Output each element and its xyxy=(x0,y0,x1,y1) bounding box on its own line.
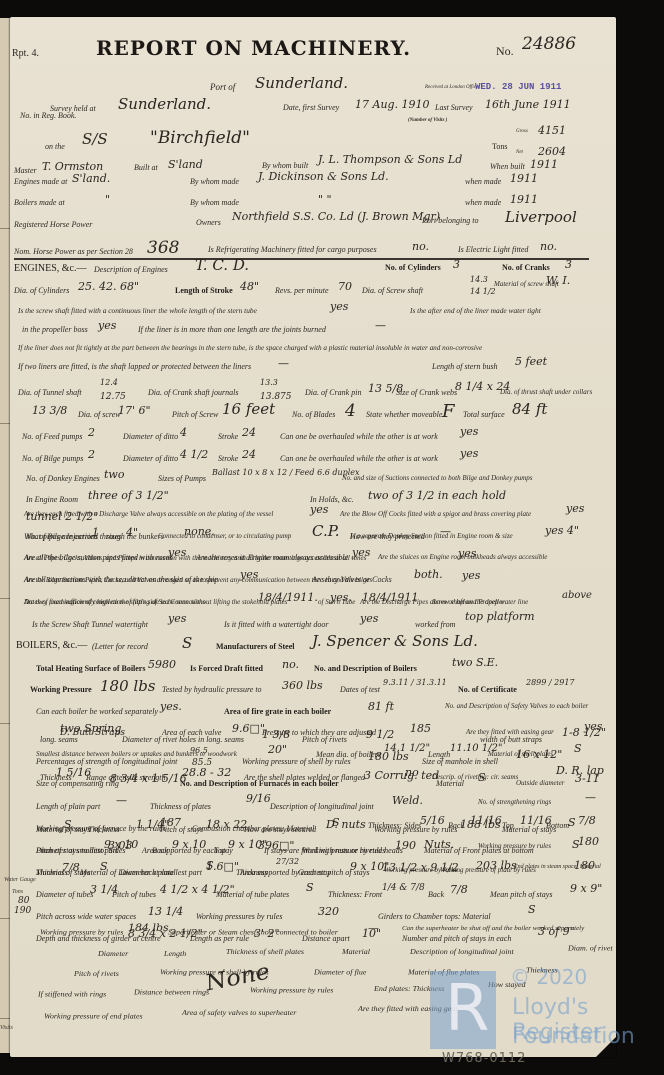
bilge-arranged-value: yes xyxy=(462,569,480,582)
owners-label: Owners xyxy=(196,218,221,227)
mean-pitch-value: 9 x 9" xyxy=(570,882,602,895)
dia-smallest-2-value: 3.03 xyxy=(108,839,133,852)
engines-made-at-label: Engines made at xyxy=(14,177,67,186)
engines-section-label: ENGINES, &c.— xyxy=(14,263,87,274)
feed-pumps-label: No. of Feed pumps xyxy=(22,432,82,441)
boilers-section-label: BOILERS, &c.— xyxy=(16,640,87,651)
strength-rings-label: No. of strengthening rings xyxy=(478,798,551,806)
condenser-label: Connected to condenser, or to circulatin… xyxy=(158,532,291,540)
when-built-value: 1911 xyxy=(530,158,558,171)
number-label: No. xyxy=(496,44,514,59)
cyl-dia-value: 25. 42. 68" xyxy=(78,280,139,293)
pump-sizes-value: Ballast 10 x 8 x 12 / Feed 6.6 duplex xyxy=(212,468,360,477)
port-belonging-label: Port belonging to xyxy=(422,216,478,225)
heating-value: 5980 xyxy=(148,658,176,671)
sh-safety-label: Area of safety valves to superheater xyxy=(182,1008,296,1016)
condenser-value: C.P. xyxy=(312,522,340,540)
crank-web-label: Size of Crank webs xyxy=(396,388,457,397)
superheater-wp-label: Working pressure by rules xyxy=(40,928,123,936)
two-liners-label: If two liners are fitted, is the shaft l… xyxy=(18,362,251,371)
letter-value: S xyxy=(182,634,192,652)
plate-thick-value: 9/16 xyxy=(246,792,271,805)
stays-material-row-value: S xyxy=(568,816,576,829)
accessible-value: yes xyxy=(458,547,476,560)
electric-label: Is Electric Light fitted xyxy=(458,245,528,254)
holds-value: two of 3 1/2 in each hold xyxy=(368,489,506,502)
protected-label: How are they protected xyxy=(350,532,425,541)
prop-boss-value: yes xyxy=(98,319,116,332)
margin-visits-label: Visits xyxy=(0,1025,13,1031)
bilge-dia-label: Diameter of ditto xyxy=(123,454,178,463)
certificate-value: 2899 / 2917 xyxy=(526,678,575,687)
area-2-value: 396□" xyxy=(258,839,294,852)
donkey-engines-label: No. of Donkey Engines xyxy=(26,474,100,483)
stern-bush-label: Length of stern bush xyxy=(432,362,498,371)
joints-value: — xyxy=(375,319,386,332)
two-liners-value: — xyxy=(278,357,289,370)
port-value: Sunderland. xyxy=(255,74,348,92)
cyl-dia-label: Dia. of Cylinders xyxy=(14,286,69,295)
boilers-by-label: By whom made xyxy=(190,198,239,207)
nominal-hp-label: Nom. Horse Power as per Section 28 xyxy=(14,247,133,256)
secured-row-value: D. nuts xyxy=(326,818,366,831)
distance-value: 20" xyxy=(268,743,287,756)
end-material-row-value: S xyxy=(64,818,72,831)
comp-ring-label: Size of compensating ring xyxy=(36,779,119,788)
girders-label: Girders to Chamber tops: Material xyxy=(378,912,491,921)
wp-3-label: Working pressure by rules xyxy=(302,846,385,855)
cylinders-label: No. of Cylinders xyxy=(385,263,441,272)
engine-desc-value: T. C. D. xyxy=(195,256,249,274)
screw-material-value: W. I. xyxy=(546,274,570,287)
engine-desc-label: Description of Engines xyxy=(94,265,168,274)
screw-dia-value: 17' 6" xyxy=(118,404,151,417)
outside-dia-value: 3-11 xyxy=(575,772,600,785)
boilers-made-at-value: " xyxy=(105,193,110,206)
revs-label: Revs. per minute xyxy=(275,286,329,295)
strength-rings-value: — xyxy=(585,791,596,804)
port-label: Port of xyxy=(210,82,235,92)
secured-row-label: How are stays secured xyxy=(244,825,316,834)
cylinders-value: 3 xyxy=(453,258,460,271)
lower-back-value: S xyxy=(206,859,214,872)
front-bottom-label: Material of Front plates at bottom xyxy=(424,846,534,855)
screw-shaft-label: Dia. of Screw shaft xyxy=(362,286,423,295)
feed-pumps-value: 2 xyxy=(88,426,95,439)
furnaces-value: 3 Corrug. ted xyxy=(364,769,439,782)
long-joint-value: Weld. xyxy=(392,794,423,807)
vessel-name: "Birchfield" xyxy=(150,128,250,148)
first-survey-value: 17 Aug. 1910 xyxy=(355,98,430,111)
gross-label: Gross xyxy=(516,129,528,134)
shut-off-label: Can the superheater be shut off and the … xyxy=(402,925,584,932)
test-date-label: Dates of test xyxy=(340,685,380,694)
form-id: Rpt. 4. xyxy=(12,48,39,59)
bunkers-label: What pipes are carried through the bunke… xyxy=(24,532,164,541)
tunnel-watertight-label: Is the Screw Shaft Tunnel watertight xyxy=(32,620,148,629)
thrust-value: 13 3/8 xyxy=(32,404,67,417)
feed-overhaul-value: yes xyxy=(460,425,478,438)
sh-wp2-label: Working pressure by rules xyxy=(250,986,333,994)
received-label: Received at London Office xyxy=(425,85,478,90)
area-2-label: Area supported by each stay xyxy=(142,846,233,855)
built-at-value: S'land xyxy=(168,158,203,171)
lr-org-line2: Foundation xyxy=(512,1024,635,1049)
end-wp-row-value: 188 lbs xyxy=(460,818,501,831)
long-seams-value: D. Butt Straps xyxy=(60,728,125,738)
boilers-made-at-label: Boilers made at xyxy=(14,198,65,207)
copyright-text: © 2020 xyxy=(510,965,587,989)
tube-thick-back-value: 7/8 xyxy=(450,883,468,896)
superheater-wp-value: 184 lbs xyxy=(128,922,169,934)
percent-rivets: 96.5 xyxy=(190,746,208,755)
liner-label: Is the screw shaft fitted with a continu… xyxy=(18,306,257,315)
report-number: 24886 xyxy=(522,34,576,54)
end-pitch-row-value: 18 x 22 xyxy=(206,818,247,831)
engine-room-label: In Engine Room xyxy=(26,495,78,504)
donkey-suction-value: yes 4" xyxy=(545,524,579,537)
worked-from-value: top platform xyxy=(465,610,535,623)
wps-value: 320 xyxy=(318,905,339,918)
shell-wp-label: Working pressure of shell by rules xyxy=(242,757,351,766)
accessible-label: Are all Pipes, Cocks, Valves, and Pumps … xyxy=(24,554,366,562)
tube-plate-value: S xyxy=(306,881,314,894)
lower-thick-label: Thickness xyxy=(236,868,268,877)
tube-dia-label: Diameter of tubes xyxy=(36,890,93,899)
engines-made-at-value: S'land. xyxy=(72,172,110,185)
plate-wp-label: Working pressure of plate by rules xyxy=(440,866,536,874)
bilge-pumps-value: 2 xyxy=(88,448,95,461)
suctions-label: No. and size of Suctions connected to bo… xyxy=(342,474,533,482)
front-bottom-value: S xyxy=(572,838,580,851)
girders-value: S xyxy=(528,903,536,916)
separately-value: yes. xyxy=(160,700,182,713)
screw-shaft-rule: 14.3 xyxy=(470,275,488,284)
feed-dia-label: Diameter of ditto xyxy=(123,432,178,441)
tube-thick-back-label: Back xyxy=(428,890,444,899)
steel-value: J. Spencer & Sons Ld. xyxy=(312,632,478,650)
vessel-type: S/S xyxy=(82,130,108,148)
water-value-1: 80 xyxy=(18,896,29,906)
document-title: REPORT ON MACHINERY. xyxy=(96,36,411,60)
catalog-number: W768-0112 xyxy=(442,1051,526,1066)
last-survey-label: Last Survey xyxy=(435,103,473,112)
feed-dia-value: 4 xyxy=(180,426,187,439)
hydraulic-value: 360 lbs xyxy=(282,679,323,692)
hydraulic-label: Tested by hydraulic pressure to xyxy=(162,685,262,694)
built-at-label: Built at xyxy=(134,163,158,172)
engine-room-value: three of 3 1/2" xyxy=(88,489,169,502)
tube-plate-label: Material of tube plates xyxy=(216,890,289,899)
water-gauge-label: Water Gauge xyxy=(4,877,36,883)
stays-material-row-label: Material of stays xyxy=(502,825,556,834)
lower-thick-value: 27/32 xyxy=(276,857,299,866)
reg-hp-label: Registered Horse Power xyxy=(14,220,92,229)
furnaces-label: No. and Description of Furnaces in each … xyxy=(180,779,339,788)
sh-rings-label: If stiffened with rings xyxy=(38,990,106,998)
lr-logo-letter: R xyxy=(445,972,489,1046)
wp-3-value: 190 xyxy=(395,839,416,852)
bilge-stroke-value: 24 xyxy=(242,448,256,461)
tunnel-shaft-rule: 12.4 xyxy=(100,378,118,387)
lower-back-label: Material of Lower back plate xyxy=(80,868,174,877)
steel-label: Manufacturers of Steel xyxy=(216,642,295,651)
sh-shell-label: Thickness of shell plates xyxy=(226,948,304,956)
discharge-valve-value: yes xyxy=(310,503,328,516)
stern-tube-date: 18/4/1911 xyxy=(362,591,418,604)
worked-from-label: worked from xyxy=(415,620,455,629)
greatest-pitch-label: Greatest pitch of stays xyxy=(298,868,369,877)
pump-sizes-label: Sizes of Pumps xyxy=(158,474,206,483)
refrig-label: Is Refrigerating Machinery fitted for ca… xyxy=(208,245,377,254)
letter-label: (Letter for record xyxy=(92,642,148,651)
stern-bush-value: 5 feet xyxy=(515,355,547,368)
on-the-label: on the xyxy=(45,142,65,151)
outside-dia-label: Outside diameter xyxy=(516,779,564,787)
screw-dia-label: Dia. of screw xyxy=(78,410,121,419)
engines-by-label: By whom made xyxy=(190,177,239,186)
thick-bottom-value: 7/8 xyxy=(578,814,596,827)
survey-held-value: Sunderland. xyxy=(118,95,211,113)
dia-smallest-2-label: Diameter at smallest part xyxy=(36,846,118,855)
tunnel-watertight-value: yes xyxy=(168,612,186,625)
percent-plate: 85.5 xyxy=(192,758,212,768)
blow-off-label: Are the Blow Off Cocks fitted with a spi… xyxy=(340,510,531,518)
valves-cocks-value: both. xyxy=(414,568,443,581)
discharge-valve-row-label: Are they each fitted with a Discharge Va… xyxy=(24,510,273,518)
feed-stroke-label: Stroke xyxy=(218,432,238,441)
bilge-pumps-label: No. of Bilge pumps xyxy=(22,454,83,463)
bilge-dia-value: 4 1/2 xyxy=(180,448,208,461)
working-label: Working Pressure xyxy=(30,685,92,694)
bilge-overhaul-label: Can one be overhauled while the other is… xyxy=(280,454,438,463)
shell-wp-value: 180 lbs xyxy=(368,750,409,763)
bilge-arranged-label: Are the Bilge Suction Pipes, Cocks, and … xyxy=(24,576,372,584)
sh-ring-dist-label: Distance between rings xyxy=(134,988,209,996)
plain-part-value: — xyxy=(116,794,127,807)
grate-value: 81 ft xyxy=(368,700,394,713)
engines-when-value: 1911 xyxy=(510,172,538,185)
certificate-label: No. of Certificate xyxy=(458,685,517,694)
feed-stroke-value: 24 xyxy=(242,426,256,439)
sh-pitch-label: Pitch of rivets xyxy=(74,970,119,978)
stern-tube-label: of Stern Tube xyxy=(318,598,355,606)
section-divider xyxy=(14,258,589,260)
end-wp-row-label: Working pressure by rules xyxy=(374,825,457,834)
visits-label: (Number of Visits ) xyxy=(408,118,447,123)
sh-flue-dia-label: Diameter of flue xyxy=(314,968,366,976)
refrig-value: no. xyxy=(412,240,429,253)
furnace-material-label: Material xyxy=(436,779,464,788)
tunnel-shaft-label: Dia. of Tunnel shaft xyxy=(18,388,82,397)
crank-journal-label: Dia. of Crank shaft journals xyxy=(148,388,238,397)
grate-label: Area of fire grate in each boiler xyxy=(224,707,331,716)
butt-strap-value: 1-8 1/2" xyxy=(562,726,606,739)
first-survey-label: Date, first Survey xyxy=(283,103,339,112)
sh-rivet-dia-label: Diam. of rivet xyxy=(568,944,613,952)
stroke-value: 48" xyxy=(240,280,259,293)
built-by-value: J. L. Thompson & Sons Ld xyxy=(318,153,462,166)
percent-label: Percentages of strength of longitudinal … xyxy=(36,757,177,766)
plate-thick-label: Thickness of plates xyxy=(150,802,211,811)
superheater-label: Superheater or Steam chest; how connecte… xyxy=(168,928,338,936)
stays-each-label: Number and pitch of stays in each xyxy=(402,934,511,943)
liner-value: yes xyxy=(330,300,348,313)
cranks-label: No. of Cranks xyxy=(502,263,550,272)
boilers-by-value: " " xyxy=(318,193,332,206)
water-value-2: 190 xyxy=(14,906,31,916)
pitch-label: Pitch of Screw xyxy=(172,410,218,419)
master-label: Master xyxy=(14,166,37,175)
prop-boss-label: in the propeller boss xyxy=(22,325,88,334)
joints-label: If the liner is in more than one length … xyxy=(138,325,326,334)
manhole-label: Size of manhole in shell xyxy=(422,757,498,766)
nominal-hp-value: 368 xyxy=(147,238,179,258)
discharge-value: above xyxy=(562,590,592,601)
cranks-value: 3 xyxy=(565,258,572,271)
wps-label: Working pressures by rules xyxy=(196,912,282,921)
electric-value: no. xyxy=(540,240,557,253)
donkey-engines-value: two xyxy=(104,468,124,481)
surface-label: Total surface xyxy=(463,410,505,419)
port-belonging-value: Liverpool xyxy=(505,208,577,226)
gross-tons: 4151 xyxy=(538,124,566,137)
rivet-pitch-label: Pitch of rivets xyxy=(302,735,347,744)
plain-part-label: Length of plain part xyxy=(36,802,100,811)
last-survey-value: 16th June 1911 xyxy=(485,98,571,111)
tunnel-shaft-fitted: 12.75 xyxy=(100,392,126,402)
tube-thick-front-value: 1/4 & 7/8 xyxy=(382,883,425,893)
boilers-when-label: when made xyxy=(465,198,501,207)
sh-diameter-label: Diameter xyxy=(98,949,128,957)
bilge-overhaul-value: yes xyxy=(460,447,478,460)
wide-spaces-label: Pitch across wide water spaces xyxy=(36,912,136,921)
blow-off-value: yes xyxy=(566,502,584,515)
rivet-hole-label: Diameter of rivet holes in long. seams xyxy=(122,735,244,744)
sh-end-wp-label: Working pressure of end plates xyxy=(44,1012,143,1020)
dates-label: Dates of examination of completion of fi… xyxy=(24,598,205,606)
manhole-value: 16 x 12" xyxy=(516,748,562,761)
net-label: Net xyxy=(516,150,523,155)
sea-conn-date: 18/4/1911. xyxy=(258,591,318,604)
crank-pin-label: Dia. of Crank pin xyxy=(305,388,361,397)
built-by-label: By whom built xyxy=(262,161,308,170)
owners-value: Northfield S.S. Co. Ld (J. Brown Mgr) xyxy=(232,210,440,223)
shell-material-value: S xyxy=(574,742,582,755)
sh-long-joint-label: Description of longitudinal joint xyxy=(410,948,514,956)
engines-when-label: when made xyxy=(465,177,501,186)
rivet-hole-value: 1 3/8 xyxy=(262,728,290,741)
front-thick-value: 7/8 xyxy=(62,861,80,874)
crank-journal-rule: 13.3 xyxy=(260,378,278,387)
comp-ring-value: 8 3/4 x 1 5/16 xyxy=(110,772,187,785)
moveable-value: F xyxy=(442,401,455,422)
sh-length-label: Length xyxy=(164,949,186,957)
rivet-pitch-value: 9 1/2 xyxy=(366,728,394,741)
boiler-desc-label: No. and Description of Boilers xyxy=(314,664,417,673)
survey-held-label: Survey held at xyxy=(50,104,96,113)
end-thick-row-label: Thickness xyxy=(88,825,120,834)
butt-strap-label: width of butt straps xyxy=(480,735,542,744)
heating-label: Total Heating Surface of Boilers xyxy=(36,664,145,673)
end-pitch-row-label: Pitch of stays xyxy=(160,825,203,834)
received-stamp: WED. 28 JUN 1911 xyxy=(475,82,561,92)
engines-by-value: J. Dickinson & Sons Ld. xyxy=(258,170,389,183)
furnace-material-value: S xyxy=(478,771,486,784)
plate-wp-value: 180 xyxy=(574,859,595,872)
net-tons: 2604 xyxy=(538,145,566,158)
test-date-value: 9.3.11 / 31.3.11 xyxy=(383,678,447,687)
forced-label: Is Forced Draft fitted xyxy=(190,664,263,673)
mean-pitch-label: Mean pitch of stays xyxy=(490,890,552,899)
tube-thick-front-label: Thickness: Front xyxy=(328,890,382,899)
safety-label: No. and Description of Safety Valves to … xyxy=(445,702,588,710)
separately-label: Can each boiler be worked separately xyxy=(36,707,158,716)
liner-tight-label: Is the after end of the liner made water… xyxy=(410,306,541,315)
margin-tons-label: Tons xyxy=(12,889,23,895)
forced-value: no. xyxy=(282,658,299,671)
stays-wp-value: 180 xyxy=(578,835,599,848)
feed-overhaul-label: Can one be overhauled while the other is… xyxy=(280,432,438,441)
working-value: 180 lbs xyxy=(100,677,156,695)
valve-area-value: 9.6□" xyxy=(232,722,265,735)
pitch-value: 16 feet xyxy=(222,400,275,418)
stroke-label: Length of Stroke xyxy=(175,286,233,295)
thrust-label: Dia. of thrust shaft under collars xyxy=(500,388,592,396)
protected-value: — xyxy=(440,525,451,538)
surface-value: 84 ft xyxy=(512,400,547,418)
bilge-stroke-label: Stroke xyxy=(218,454,238,463)
tons-label: Tons xyxy=(492,142,507,151)
adjusted-value: 185 xyxy=(410,722,431,735)
not-fit-label: If the liner does not fit tightly at the… xyxy=(18,344,482,352)
screw-shaft-fitted: 14 1/2 xyxy=(470,287,496,296)
watertight-door-value: yes xyxy=(360,612,378,625)
watertight-door-label: Is it fitted with a watertight door xyxy=(224,620,328,629)
bunkers-value: none. xyxy=(184,525,215,538)
sh-material-label: Material xyxy=(342,948,370,956)
revs-value: 70 xyxy=(338,280,352,293)
moveable-label: State whether moveable xyxy=(366,410,442,419)
when-built-label: When built xyxy=(490,162,525,171)
tube-pitch-label: Pitch of tubes xyxy=(112,890,156,899)
boiler-desc-value: two S.E. xyxy=(452,656,498,669)
long-joint-label: Description of longitudinal joint xyxy=(270,802,374,811)
propeller-label: Screw shaft and Propeller xyxy=(432,598,505,606)
wide-spaces-value: 13 1/4 xyxy=(148,905,183,918)
superheater-value: — xyxy=(368,922,379,934)
blades-value: 4 xyxy=(345,401,356,421)
boilers-when-value: 1911 xyxy=(510,193,538,206)
blades-label: No. of Blades xyxy=(292,410,335,419)
